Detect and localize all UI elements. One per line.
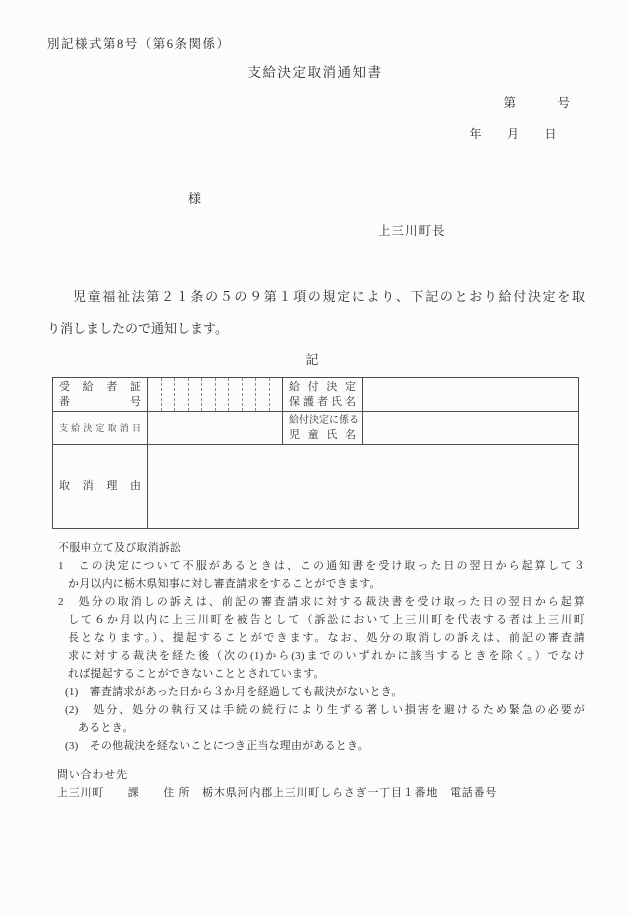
child-name-label-cell: 給付決定に係る 児童氏名 [283, 412, 363, 445]
sender-title: 上三川町長 [378, 221, 446, 239]
document-number-line: 第 号 [503, 93, 571, 111]
cancel-date-label-cell: 支給決定取消日 [53, 412, 148, 445]
appeal-line: 2 処分の取消しの訴えは、前記の審査請求に対する裁決書を受け取った日の翌日から起… [58, 593, 585, 611]
grant-decision-guardian-label-cell: 給付決定 保護者氏名 [283, 378, 363, 412]
cancel-date-value-cell [148, 412, 283, 445]
child-name-value-cell [363, 412, 579, 445]
cancel-reason-value-cell [148, 445, 579, 529]
appeal-line: (3) その他裁決を経ないことにつき正当な理由があるとき。 [65, 737, 585, 755]
cancel-reason-label-cell: 取消理由 [53, 445, 148, 529]
appeal-line: 1 この決定について不服があるときは、この通知書を受け取った日の翌日から起算して… [58, 557, 585, 575]
notice-table: 受給者証 番号 給付決定 保護者氏名 支給決定取消日 給付決定に係る 児童氏名 [52, 377, 579, 529]
appeal-line: (1) 審査請求があった日から３か月を経過しても裁決がないとき。 [65, 683, 585, 701]
body-line-2: り消しましたので通知します。 [47, 313, 559, 345]
grant-label-line-2: 保護者氏名 [289, 395, 356, 410]
cert-label-line-1: 受給者証 [59, 380, 141, 395]
child-label-line-2: 児童氏名 [289, 428, 356, 443]
appeal-heading: 不服申立て及び取消訴訟 [58, 539, 585, 557]
form-number: 別記様式第8号（第6条関係） [47, 34, 231, 52]
inquiry-heading: 問い合わせ先 [57, 766, 497, 784]
cert-number-boxes [148, 378, 282, 411]
inquiry-section: 問い合わせ先 上三川町 課 住 所 栃木県河内郡上三川町しらさぎ一丁目１番地 電… [57, 766, 497, 802]
appeal-section: 不服申立て及び取消訴訟 1 この決定について不服があるときは、この通知書を受け取… [58, 539, 588, 755]
cert-label-line-2: 番号 [59, 395, 141, 410]
appeal-line: して６か月以内に上三川町を被告として（訴訟において上三川町を代表する者は上三川町 [68, 611, 585, 629]
appeal-line: か月以内に栃木県知事に対し審査請求をすることができます。 [68, 575, 585, 593]
cert-number-value-cell [148, 378, 283, 412]
appeal-line: れば提起することができないこととされています。 [68, 665, 585, 683]
appeal-line: 長となります。）、提起することができます。なお、処分の取消しの訴えは、前記の審査… [68, 629, 585, 647]
cert-number-label-cell: 受給者証 番号 [53, 378, 148, 412]
document-title: 支給決定取消通知書 [0, 61, 630, 81]
record-separator: 記 [47, 349, 578, 368]
child-label-line-1: 給付決定に係る [289, 413, 356, 428]
body-paragraph: 児童福祉法第２１条の５の９第１項の規定により、下記のとおり給付決定を取 り消しま… [47, 281, 578, 345]
appeal-line: 求に対する裁決を経た後（次の(1)から(3)までのいずれかに該当するときを除く。… [68, 647, 585, 665]
document-page: 別記様式第8号（第6条関係） 支給決定取消通知書 第 号 年 月 日 様 上三川… [0, 0, 630, 915]
appeal-line: (2) 処分、処分の執行又は手続の続行により生ずる著しい損害を避けるため緊急の必… [65, 701, 585, 719]
body-line-1: 児童福祉法第２１条の５の９第１項の規定により、下記のとおり給付決定を取 [73, 281, 585, 313]
appeal-line: あるとき。 [78, 719, 585, 737]
inquiry-contact-line: 上三川町 課 住 所 栃木県河内郡上三川町しらさぎ一丁目１番地 電話番号 [57, 784, 497, 802]
guardian-name-value-cell [363, 378, 579, 412]
grant-label-line-1: 給付決定 [289, 380, 356, 395]
cancel-date-label: 支給決定取消日 [59, 422, 141, 434]
cancel-reason-label: 取消理由 [59, 479, 141, 494]
recipient-honorific: 様 [188, 188, 201, 207]
date-line: 年 月 日 [469, 125, 557, 142]
